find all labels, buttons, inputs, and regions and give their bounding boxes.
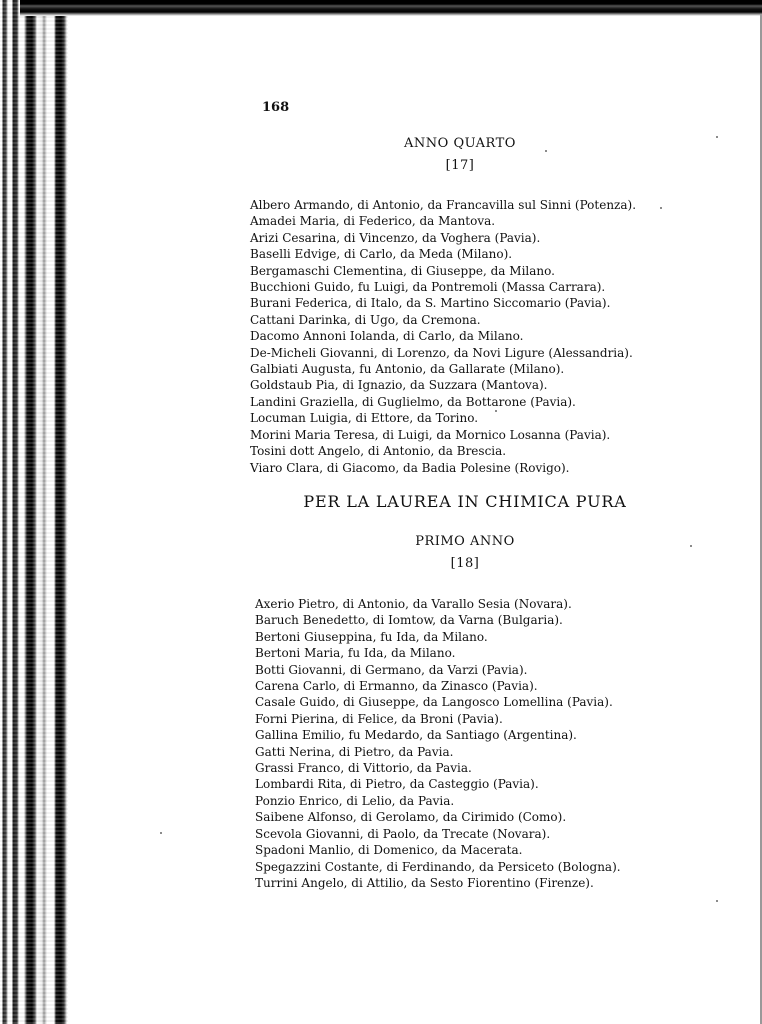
list-item: Viaro Clara, di Giacomo, da Badia Polesi… (250, 460, 636, 476)
scan-speck (545, 150, 547, 152)
list-item: Turrini Angelo, di Attilio, da Sesto Fio… (255, 875, 621, 891)
section-number-17: [17] (79, 158, 762, 173)
page-number: 168 (262, 100, 289, 115)
list-item: Lombardi Rita, di Pietro, da Casteggio (… (255, 776, 621, 792)
list-item: Spadoni Manlio, di Domenico, da Macerata… (255, 842, 621, 858)
list-item: Bergamaschi Clementina, di Giuseppe, da … (250, 263, 636, 279)
list-item: Gatti Nerina, di Pietro, da Pavia. (255, 744, 621, 760)
list-item: Bertoni Maria, fu Ida, da Milano. (255, 645, 621, 661)
scan-speck (690, 545, 692, 547)
list-item: Ponzio Enrico, di Lelio, da Pavia. (255, 793, 621, 809)
section-heading-anno-quarto: ANNO QUARTO (79, 136, 762, 151)
list-item: Grassi Franco, di Vittorio, da Pavia. (255, 760, 621, 776)
list-item: Bertoni Giuseppina, fu Ida, da Milano. (255, 629, 621, 645)
list-item: Saibene Alfonso, di Gerolamo, da Cirimid… (255, 809, 621, 825)
list-item: Baruch Benedetto, di Iomtow, da Varna (B… (255, 612, 621, 628)
list-item: Baselli Edvige, di Carlo, da Meda (Milan… (250, 246, 636, 262)
student-list-anno-quarto: Albero Armando, di Antonio, da Francavil… (250, 197, 636, 476)
list-item: Morini Maria Teresa, di Luigi, da Mornic… (250, 427, 636, 443)
list-item: Casale Guido, di Giuseppe, da Langosco L… (255, 694, 621, 710)
section-heading-primo-anno: PRIMO ANNO (84, 534, 762, 549)
list-item: Goldstaub Pia, di Ignazio, da Suzzara (M… (250, 377, 636, 393)
list-item: Locuman Luigia, di Ettore, da Torino. (250, 410, 636, 426)
list-item: Galbiati Augusta, fu Antonio, da Gallara… (250, 361, 636, 377)
section-title-chimica-pura: PER LA LAUREA IN CHIMICA PURA (84, 492, 762, 511)
list-item: Spegazzini Costante, di Ferdinando, da P… (255, 859, 621, 875)
list-item: Scevola Giovanni, di Paolo, da Trecate (… (255, 826, 621, 842)
list-item: Gallina Emilio, fu Medardo, da Santiago … (255, 727, 621, 743)
section-number-18: [18] (84, 556, 762, 571)
list-item: Tosini dott Angelo, di Antonio, da Bresc… (250, 443, 636, 459)
scan-top-border (20, 0, 762, 16)
scan-speck (495, 410, 497, 412)
list-item: Dacomo Annoni Iolanda, di Carlo, da Mila… (250, 328, 636, 344)
list-item: De-Micheli Giovanni, di Lorenzo, da Novi… (250, 345, 636, 361)
list-item: Amadei Maria, di Federico, da Mantova. (250, 213, 636, 229)
list-item: Cattani Darinka, di Ugo, da Cremona. (250, 312, 636, 328)
list-item: Axerio Pietro, di Antonio, da Varallo Se… (255, 596, 621, 612)
student-list-primo-anno: Axerio Pietro, di Antonio, da Varallo Se… (255, 596, 621, 891)
list-item: Albero Armando, di Antonio, da Francavil… (250, 197, 636, 213)
scan-speck (160, 832, 162, 834)
list-item: Landini Graziella, di Guglielmo, da Bott… (250, 394, 636, 410)
scan-speck (660, 207, 662, 209)
list-item: Arizi Cesarina, di Vincenzo, da Voghera … (250, 230, 636, 246)
list-item: Forni Pierina, di Felice, da Broni (Pavi… (255, 711, 621, 727)
scan-speck (716, 900, 718, 902)
list-item: Bucchioni Guido, fu Luigi, da Pontremoli… (250, 279, 636, 295)
list-item: Botti Giovanni, di Germano, da Varzi (Pa… (255, 662, 621, 678)
scan-speck (716, 136, 718, 138)
list-item: Carena Carlo, di Ermanno, da Zinasco (Pa… (255, 678, 621, 694)
book-binding-edge (0, 0, 68, 1024)
list-item: Burani Federica, di Italo, da S. Martino… (250, 295, 636, 311)
